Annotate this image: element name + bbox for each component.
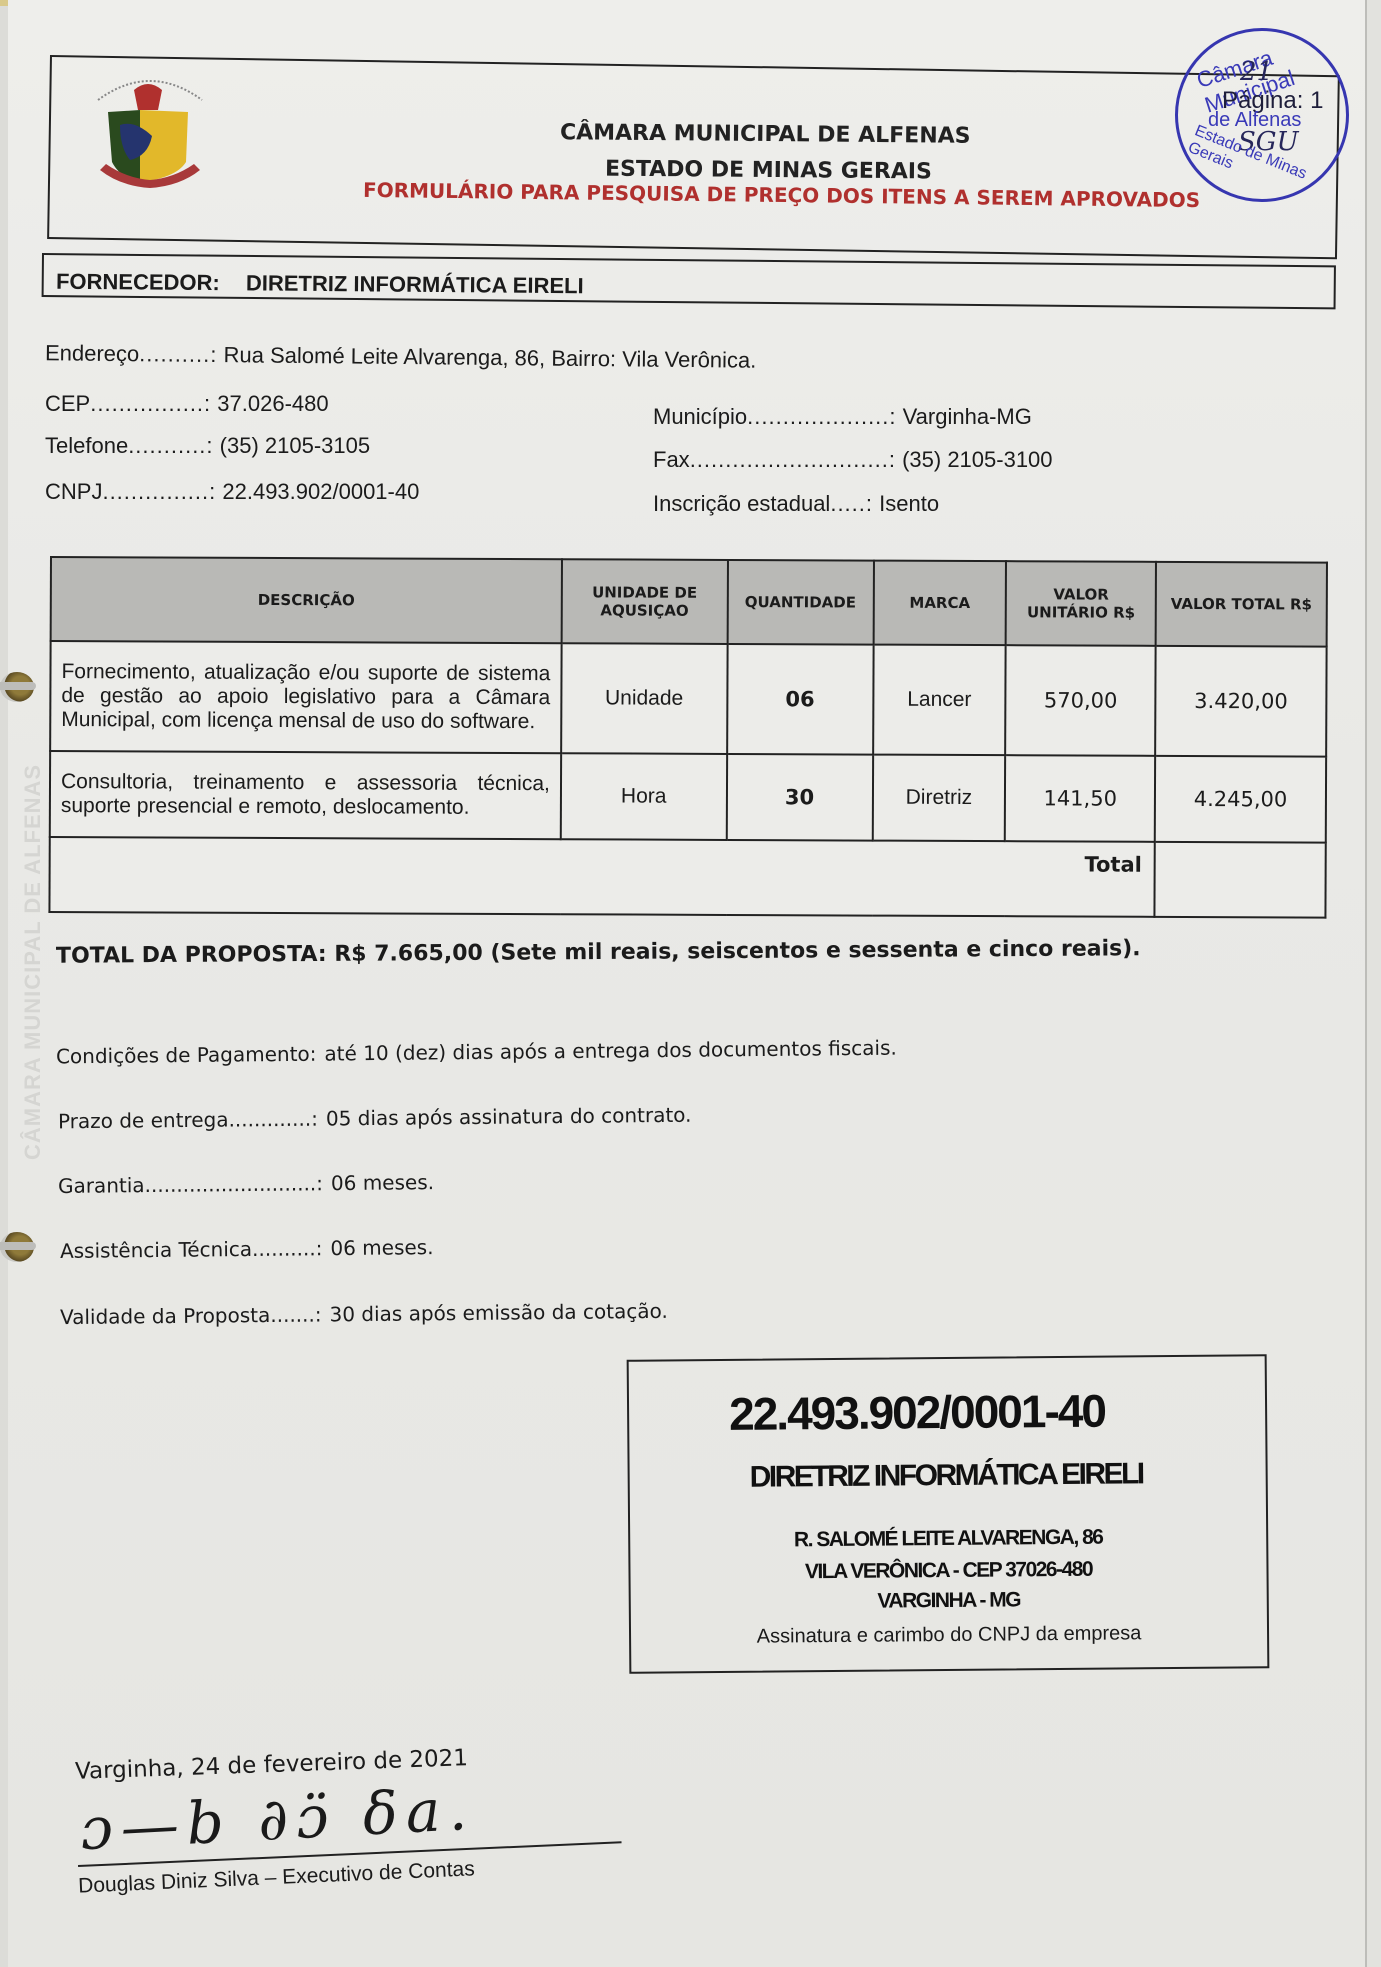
table-row: Fornecimento, atualização e/ou suporte d…	[50, 641, 1326, 757]
field-value: 22.493.902/0001-40	[222, 479, 419, 504]
cell-unidade: Unidade	[561, 643, 727, 754]
info-cep: CEP................: 37.026-480	[45, 391, 329, 417]
state-name: ESTADO DE MINAS GERAIS	[605, 157, 932, 185]
info-telefone: Telefone...........: (35) 2105-3105	[45, 433, 370, 459]
field-dots: ................:	[90, 391, 211, 416]
field-value: Varginha-MG	[903, 404, 1032, 429]
condition-tech-support: Assistência Técnica..........:06 meses.	[60, 1235, 434, 1263]
cell-descricao: Fornecimento, atualização e/ou suporte d…	[50, 641, 561, 753]
field-label: CNPJ	[45, 479, 102, 504]
stamp-company: DIRETRIZ INFORMÁTICA EIRELI	[750, 1457, 1143, 1494]
stamp-caption: Assinatura e carimbo do CNPJ da empresa	[631, 1621, 1267, 1650]
cell-marca: Diretriz	[872, 755, 1005, 842]
supplier-line: FORNECEDOR: DIRETRIZ INFORMÁTICA EIRELI	[56, 269, 584, 300]
field-label: Telefone	[45, 433, 128, 458]
condition-value: 06 meses.	[331, 1170, 434, 1195]
field-value: 37.026-480	[217, 391, 328, 416]
field-dots: ...........:	[128, 433, 213, 458]
condition-warranty: Garantia...........................:06 m…	[58, 1170, 434, 1198]
col-valor-unitario: VALOR UNITÁRIO R$	[1006, 561, 1156, 646]
condition-label: Prazo de entrega.............:	[58, 1107, 318, 1134]
coat-of-arms-icon	[90, 70, 210, 200]
field-dots: ...............:	[102, 479, 216, 504]
col-quantidade: QUANTIDADE	[727, 560, 873, 645]
cnpj-stamp-box: 22.493.902/0001-40 DIRETRIZ INFORMÁTICA …	[627, 1354, 1270, 1674]
protocol-stamp: Câmara Municipal 21 Página: 1 de Alfenas…	[1175, 28, 1349, 202]
condition-label: Assistência Técnica..........:	[60, 1236, 323, 1263]
stamp-address-3: VARGINHA - MG	[631, 1586, 1267, 1616]
col-descricao: DESCRIÇÃO	[51, 557, 562, 643]
cell-valor-total: 3.420,00	[1155, 646, 1326, 757]
field-value: (35) 2105-3105	[220, 433, 370, 458]
condition-value: 05 dias após assinatura do contrato.	[326, 1103, 692, 1131]
cell-valor-unitario: 570,00	[1006, 645, 1156, 756]
watermark-text: CÂMARA MUNICIPAL DE ALFENAS	[20, 764, 46, 1160]
table-row: Consultoria, treinamento e assessoria té…	[50, 751, 1326, 843]
cell-quantidade: 06	[727, 644, 873, 755]
underlying-page-edge	[1365, 0, 1381, 1967]
info-cnpj: CNPJ...............: 22.493.902/0001-40	[45, 479, 419, 505]
price-table: DESCRIÇÃO UNIDADE DE AQUSIÇAO QUANTIDADE…	[48, 556, 1328, 919]
field-label: Endereço	[45, 340, 139, 366]
binder-ring-icon	[0, 672, 34, 702]
cell-valor-unitario: 141,50	[1005, 755, 1155, 842]
binder-ring-icon	[0, 1232, 34, 1262]
field-dots: ............................:	[690, 447, 896, 472]
table-header-row: DESCRIÇÃO UNIDADE DE AQUSIÇAO QUANTIDADE…	[51, 557, 1327, 647]
cell-unidade: Hora	[561, 753, 727, 840]
field-value: (35) 2105-3100	[902, 447, 1052, 472]
field-value: Isento	[879, 491, 939, 516]
condition-label: Condições de Pagamento:	[56, 1042, 317, 1069]
info-municipio: Município....................: Varginha-…	[653, 404, 1032, 430]
field-label: Inscrição estadual	[653, 491, 830, 516]
supplier-name: DIRETRIZ INFORMÁTICA EIRELI	[246, 270, 584, 298]
cell-quantidade: 30	[726, 754, 872, 841]
condition-label: Garantia...........................:	[58, 1171, 323, 1198]
institution-name: CÂMARA MUNICIPAL DE ALFENAS	[560, 120, 971, 149]
field-label: Fax	[653, 447, 690, 472]
supplier-label: FORNECEDOR:	[56, 269, 220, 295]
field-value: Rua Salomé Leite Alvarenga, 86, Bairro: …	[223, 342, 756, 373]
field-dots: ..........:	[139, 341, 218, 367]
col-unidade: UNIDADE DE AQUSIÇAO	[561, 559, 727, 644]
col-marca: MARCA	[873, 561, 1006, 646]
total-label: Total	[49, 837, 1155, 917]
cell-marca: Lancer	[873, 645, 1006, 756]
stamp-cnpj: 22.493.902/0001-40	[729, 1384, 1105, 1441]
cell-descricao: Consultoria, treinamento e assessoria té…	[50, 751, 561, 839]
condition-label: Validade da Proposta.......:	[60, 1302, 322, 1329]
stamp-handwritten-number: 21	[1240, 57, 1273, 87]
cell-valor-total: 4.245,00	[1155, 756, 1326, 843]
stamp-address-2: VILA VERÔNICA - CEP 37026-480	[630, 1556, 1266, 1586]
total-value	[1155, 842, 1326, 918]
table-total-row: Total	[49, 837, 1325, 918]
info-fax: Fax............................: (35) 21…	[653, 447, 1053, 473]
condition-value: 30 dias após emissão da cotação.	[329, 1299, 667, 1327]
condition-value: 06 meses.	[330, 1235, 433, 1260]
stamp-address-1: R. SALOMÉ LEITE ALVARENGA, 86	[630, 1524, 1266, 1554]
field-label: Município	[653, 404, 747, 429]
col-valor-total: VALOR TOTAL R$	[1156, 562, 1327, 647]
field-dots: ....................:	[747, 404, 896, 429]
field-dots: .....:	[830, 491, 873, 516]
info-inscricao: Inscrição estadual.....: Isento	[653, 491, 939, 517]
field-label: CEP	[45, 391, 90, 416]
